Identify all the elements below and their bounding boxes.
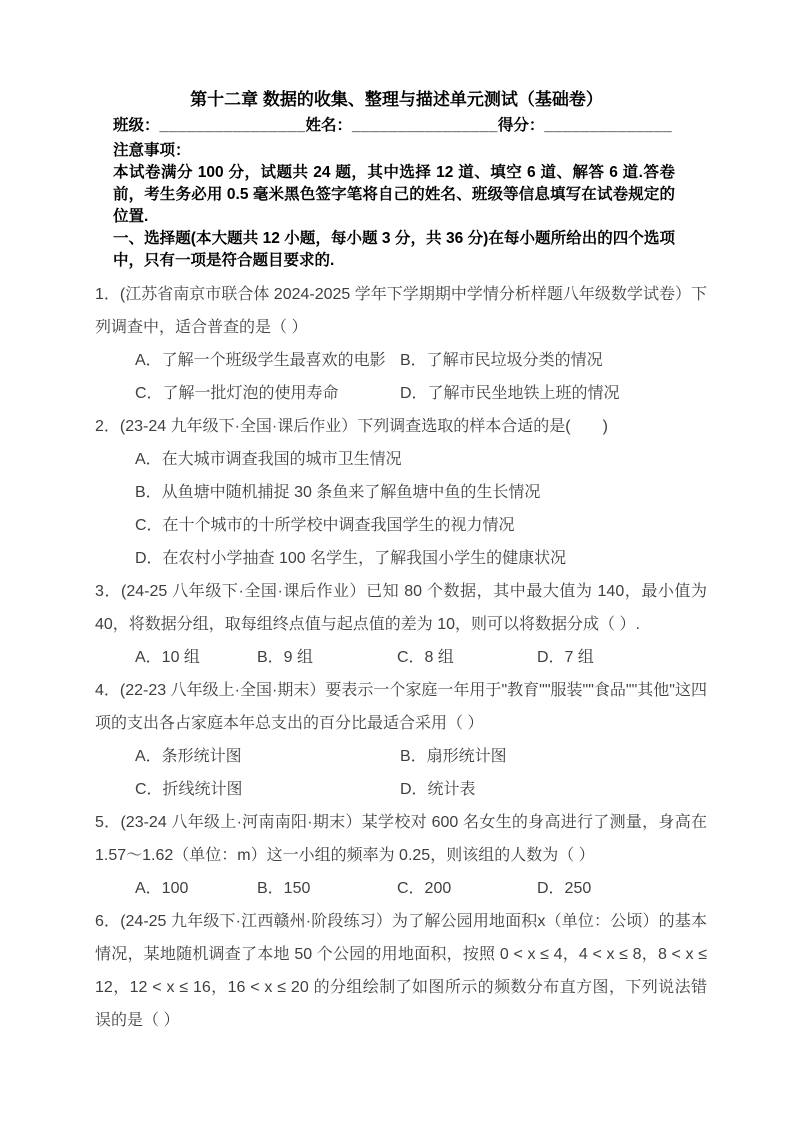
question-1-option-a: A．了解一个班级学生最喜欢的电影 bbox=[135, 344, 400, 377]
question-2-options: A．在大城市调查我国的城市卫生情况 B．从鱼塘中随机捕捉 30 条鱼来了解鱼塘中… bbox=[135, 443, 707, 575]
question-3-option-b: B．9 组 bbox=[257, 641, 397, 674]
exam-document-page: 第十二章 数据的收集、整理与描述单元测试（基础卷） 班级：___________… bbox=[0, 0, 793, 1122]
question-5-option-c: C．200 bbox=[397, 872, 537, 905]
question-2-option-d: D．在农村小学抽查 100 名学生，了解我国小学生的健康状况 bbox=[135, 542, 707, 575]
question-2-option-a: A．在大城市调查我国的城市卫生情况 bbox=[135, 443, 707, 476]
notice-body: 本试卷满分 100 分，试题共 24 题，其中选择 12 道、填空 6 道、解答… bbox=[113, 162, 675, 228]
question-5-option-d: D．250 bbox=[537, 872, 707, 905]
question-4-option-c: C．折线统计图 bbox=[135, 773, 400, 806]
question-1: 1．(江苏省南京市联合体 2024-2025 学年下学期期中学情分析样题八年级数… bbox=[95, 278, 707, 410]
question-5-stem: 5．(23-24 八年级上·河南南阳·期末）某学校对 600 名女生的身高进行了… bbox=[95, 806, 707, 872]
question-2-stem: 2．(23-24 九年级下·全国·课后作业）下列调查选取的样本合适的是( ) bbox=[95, 410, 707, 443]
question-4: 4．(22-23 八年级上·全国·期末）要表示一个家庭一年用于"教育""服装""… bbox=[95, 674, 707, 806]
question-1-option-c: C．了解一批灯泡的使用寿命 bbox=[135, 377, 400, 410]
question-4-option-a: A．条形统计图 bbox=[135, 740, 400, 773]
header-fields: 班级：________________姓名：________________得分… bbox=[113, 114, 733, 138]
score-blank-line: ______________ bbox=[544, 117, 672, 134]
notice-heading: 注意事项： bbox=[113, 140, 793, 162]
page-title: 第十二章 数据的收集、整理与描述单元测试（基础卷） bbox=[0, 88, 793, 112]
question-1-options: A．了解一个班级学生最喜欢的电影 B．了解市民垃圾分类的情况 C．了解一批灯泡的… bbox=[135, 344, 707, 410]
question-5-options: A．100 B．150 C．200 D．250 bbox=[135, 872, 707, 905]
name-label: 姓名： bbox=[305, 117, 352, 134]
question-4-option-d: D．统计表 bbox=[400, 773, 707, 806]
question-3-option-d: D．7 组 bbox=[537, 641, 707, 674]
question-5-option-b: B．150 bbox=[257, 872, 397, 905]
class-label: 班级： bbox=[113, 117, 160, 134]
question-4-stem: 4．(22-23 八年级上·全国·期末）要表示一个家庭一年用于"教育""服装""… bbox=[95, 674, 707, 740]
question-1-stem: 1．(江苏省南京市联合体 2024-2025 学年下学期期中学情分析样题八年级数… bbox=[95, 278, 707, 344]
question-2-option-c: C．在十个城市的十所学校中调查我国学生的视力情况 bbox=[135, 509, 707, 542]
question-4-option-b: B．扇形统计图 bbox=[400, 740, 707, 773]
question-4-options: A．条形统计图 B．扇形统计图 C．折线统计图 D．统计表 bbox=[135, 740, 707, 806]
question-1-option-d: D．了解市民坐地铁上班的情况 bbox=[400, 377, 707, 410]
questions-list: 1．(江苏省南京市联合体 2024-2025 学年下学期期中学情分析样题八年级数… bbox=[95, 278, 707, 1037]
question-1-option-b: B．了解市民垃圾分类的情况 bbox=[400, 344, 707, 377]
question-3-option-c: C．8 组 bbox=[397, 641, 537, 674]
question-3-option-a: A．10 组 bbox=[135, 641, 257, 674]
question-3-stem: 3．(24-25 八年级下·全国·课后作业）已知 80 个数据，其中最大值为 1… bbox=[95, 575, 707, 641]
score-label: 得分： bbox=[498, 117, 545, 134]
question-6-stem: 6．(24-25 九年级下·江西赣州·阶段练习）为了解公园用地面积x（单位：公顷… bbox=[95, 905, 707, 1037]
question-3-options: A．10 组 B．9 组 C．8 组 D．7 组 bbox=[135, 641, 707, 674]
question-2: 2．(23-24 九年级下·全国·课后作业）下列调查选取的样本合适的是( ) A… bbox=[95, 410, 707, 575]
section-heading: 一、选择题(本大题共 12 小题，每小题 3 分，共 36 分)在每小题所给出的… bbox=[113, 228, 675, 272]
name-blank-line: ________________ bbox=[352, 117, 498, 134]
class-blank-line: ________________ bbox=[160, 117, 306, 134]
question-5-option-a: A．100 bbox=[135, 872, 257, 905]
question-6: 6．(24-25 九年级下·江西赣州·阶段练习）为了解公园用地面积x（单位：公顷… bbox=[95, 905, 707, 1037]
question-3: 3．(24-25 八年级下·全国·课后作业）已知 80 个数据，其中最大值为 1… bbox=[95, 575, 707, 674]
question-5: 5．(23-24 八年级上·河南南阳·期末）某学校对 600 名女生的身高进行了… bbox=[95, 806, 707, 905]
question-2-option-b: B．从鱼塘中随机捕捉 30 条鱼来了解鱼塘中鱼的生长情况 bbox=[135, 476, 707, 509]
